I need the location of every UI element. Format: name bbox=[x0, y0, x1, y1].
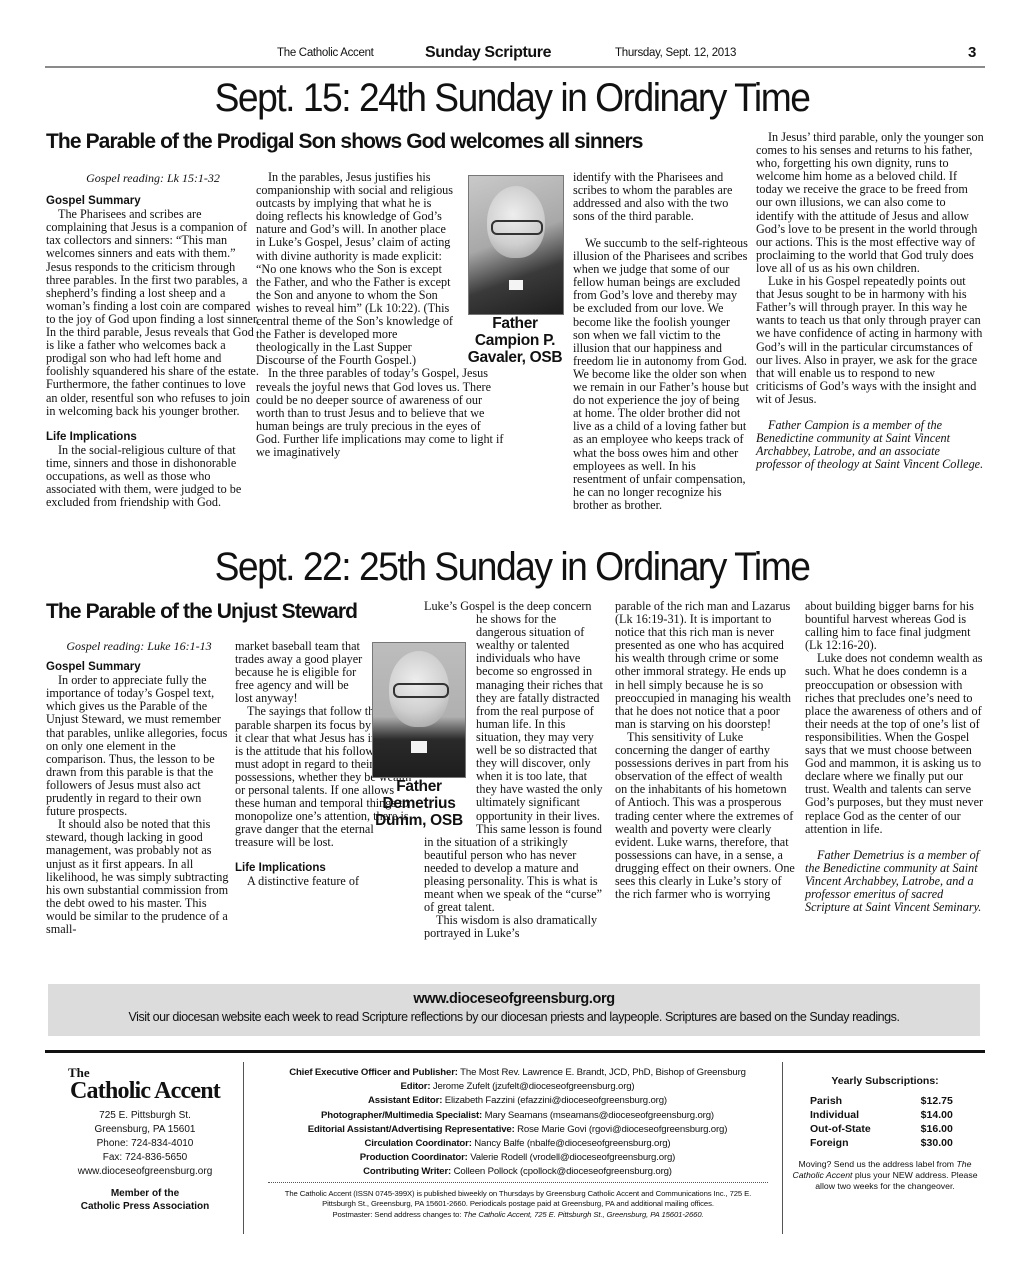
rate-type: Individual bbox=[810, 1108, 871, 1122]
staff-role: Photographer/Multimedia Specialist: bbox=[321, 1110, 482, 1121]
staff-role: Assistant Editor: bbox=[368, 1095, 442, 1106]
story1-col3-p1: identify with the Pharisees and scribes … bbox=[573, 171, 749, 223]
dotted-divider bbox=[268, 1182, 768, 1183]
story1-column-3b: We succumb to the self-righteous illusio… bbox=[492, 237, 750, 512]
press-member-line2: Catholic Press Association bbox=[50, 1200, 240, 1213]
staff-name: Jerome Zufelt (jzufelt@dioceseofgreensbu… bbox=[433, 1081, 635, 1092]
rate-row: Out-of-State$16.00 bbox=[810, 1122, 953, 1136]
staff-role: Editorial Assistant/Advertising Represen… bbox=[308, 1124, 515, 1135]
story1-column-1: Gospel reading: Lk 15:1-32 Gospel Summar… bbox=[46, 172, 260, 509]
story1-col3-p2: We succumb to the self-righteous illusio… bbox=[573, 237, 750, 512]
story1-life-implications-heading: Life Implications bbox=[46, 431, 260, 444]
story2-column-3: Luke’s Gospel is the deep concern he sho… bbox=[424, 600, 604, 940]
publication-name: The Catholic Accent bbox=[277, 47, 374, 59]
story1-column-3: identify with the Pharisees and scribes … bbox=[573, 171, 749, 223]
staff-item: Editor: Jerome Zufelt (jzufelt@dioceseof… bbox=[265, 1080, 770, 1094]
legal-notice: The Catholic Accent (ISSN 0745-399X) is … bbox=[268, 1189, 768, 1220]
website-promo-message: Visit our diocesan website each week to … bbox=[48, 1010, 980, 1024]
moving-notice: Moving? Send us the address label from T… bbox=[790, 1159, 980, 1192]
story1-col2-p2: In the three parables of today’s Gospel,… bbox=[256, 367, 504, 459]
story1-gospel-summary: The Pharisees and scribes are complainin… bbox=[46, 208, 260, 418]
story2-column-5: about building bigger barns for his boun… bbox=[805, 600, 985, 914]
story1-column-4: In Jesus’ third parable, only the younge… bbox=[756, 131, 984, 471]
staff-name: Rose Marie Govi (rgovi@dioceseofgreensbu… bbox=[517, 1124, 727, 1135]
story2-gospel-summary-p2: It should also be noted that this stewar… bbox=[46, 818, 232, 936]
story2-col3-p2: This wisdom is also dramatically portray… bbox=[424, 914, 604, 940]
rate-price: $16.00 bbox=[871, 1122, 953, 1136]
masthead-fax: Fax: 724-836-5650 bbox=[50, 1151, 240, 1165]
staff-item: Production Coordinator: Valerie Rodell (… bbox=[265, 1151, 770, 1165]
legal-line: The Catholic Accent (ISSN 0745-399X) is … bbox=[285, 1189, 751, 1208]
footer-divider-right bbox=[782, 1062, 783, 1234]
staff-item: Photographer/Multimedia Specialist: Mary… bbox=[265, 1109, 770, 1123]
staff-role: Circulation Coordinator: bbox=[365, 1138, 472, 1149]
story2-col5-p1: about building bigger barns for his boun… bbox=[805, 600, 985, 652]
story2-column-1: Gospel reading: Luke 16:1-13 Gospel Summ… bbox=[46, 640, 232, 936]
story1-col2-p1: In the parables, Jesus justifies his com… bbox=[256, 171, 456, 367]
story1-life-implications-p1: In the social-religious culture of that … bbox=[46, 444, 260, 509]
rate-row: Individual$14.00 bbox=[810, 1108, 953, 1122]
story2-author-bio: Father Demetrius is a member of the Bene… bbox=[805, 849, 985, 914]
story1-author-bio: Father Campion is a member of the Benedi… bbox=[756, 419, 984, 471]
rate-row: Foreign$30.00 bbox=[810, 1136, 953, 1150]
story1-col4-p2: Luke in his Gospel repeatedly points out… bbox=[756, 275, 984, 406]
story2-headline: The Parable of the Unjust Steward bbox=[46, 600, 406, 624]
rate-type: Parish bbox=[810, 1094, 871, 1108]
footer-rule bbox=[45, 1050, 985, 1053]
story1-headline: The Parable of the Prodigal Son shows Go… bbox=[46, 130, 746, 154]
issue-date: Thursday, Sept. 12, 2013 bbox=[615, 47, 736, 59]
masthead-address1: 725 E. Pittsburgh St. bbox=[50, 1109, 240, 1123]
rate-price: $14.00 bbox=[871, 1108, 953, 1122]
postmaster-address: The Catholic Accent, 725 E. Pittsburgh S… bbox=[463, 1210, 703, 1219]
rate-type: Out-of-State bbox=[810, 1122, 871, 1136]
running-header: The Catholic Accent Sunday Scripture Thu… bbox=[0, 44, 1024, 64]
story1-date-title: Sept. 15: 24th Sunday in Ordinary Time bbox=[36, 76, 988, 121]
diocese-website-link[interactable]: www.dioceseofgreensburg.org bbox=[48, 991, 980, 1007]
staff-role: Chief Executive Officer and Publisher: bbox=[289, 1067, 458, 1078]
staff-list: Chief Executive Officer and Publisher: T… bbox=[265, 1066, 770, 1180]
staff-name: Colleen Pollock (cpollock@dioceseofgreen… bbox=[454, 1166, 672, 1177]
moving-text: Moving? Send us the address label from bbox=[799, 1159, 955, 1169]
staff-role: Production Coordinator: bbox=[360, 1152, 468, 1163]
subscriptions-title: Yearly Subscriptions: bbox=[790, 1075, 980, 1087]
section-name: Sunday Scripture bbox=[425, 44, 551, 62]
story2-life-implications-heading: Life Implications bbox=[235, 862, 415, 875]
story2-column-4: parable of the rich man and Lazarus (Lk … bbox=[615, 600, 797, 901]
story2-col4-p2: This sensitivity of Luke concerning the … bbox=[615, 731, 797, 901]
masthead: The Catholic Accent 725 E. Pittsburgh St… bbox=[50, 1066, 240, 1213]
story2-col2-p1: market baseball team that trades away a … bbox=[235, 640, 365, 705]
masthead-address2: Greensburg, PA 15601 bbox=[50, 1123, 240, 1137]
staff-name: The Most Rev. Lawrence E. Brandt, JCD, P… bbox=[460, 1067, 746, 1078]
rate-price: $12.75 bbox=[871, 1094, 953, 1108]
staff-name: Valerie Rodell (vrodell@dioceseofgreensb… bbox=[470, 1152, 675, 1163]
staff-role: Contributing Writer: bbox=[363, 1166, 451, 1177]
story1-gospel-reading: Gospel reading: Lk 15:1-32 bbox=[46, 172, 260, 185]
staff-item: Circulation Coordinator: Nancy Balfe (nb… bbox=[265, 1137, 770, 1151]
press-member-line1: Member of the bbox=[50, 1187, 240, 1200]
story2-col3-p1: Luke’s Gospel is the deep concern he sho… bbox=[424, 600, 604, 914]
header-rule bbox=[45, 66, 985, 68]
rate-price: $30.00 bbox=[871, 1136, 953, 1150]
masthead-phone: Phone: 724-834-4010 bbox=[50, 1137, 240, 1151]
story2-col5-p2: Luke does not condemn wealth as such. Wh… bbox=[805, 652, 985, 835]
staff-name: Elizabeth Fazzini (efazzini@dioceseofgre… bbox=[445, 1095, 667, 1106]
story2-gospel-reading: Gospel reading: Luke 16:1-13 bbox=[46, 640, 232, 653]
rate-type: Foreign bbox=[810, 1136, 871, 1150]
story2-life-implications-p1: A distinctive feature of bbox=[235, 875, 415, 888]
staff-item: Chief Executive Officer and Publisher: T… bbox=[265, 1066, 770, 1080]
subscription-rates-table: Parish$12.75 Individual$14.00 Out-of-Sta… bbox=[810, 1094, 953, 1150]
masthead-logo: Catholic Accent bbox=[50, 1079, 240, 1103]
website-promo-band: www.dioceseofgreensburg.org Visit our di… bbox=[48, 984, 980, 1036]
footer-divider-left bbox=[243, 1062, 244, 1234]
staff-name: Nancy Balfe (nbalfe@dioceseofgreensburg.… bbox=[474, 1138, 670, 1149]
postmaster-label: Postmaster: Send address changes to: bbox=[332, 1210, 461, 1219]
staff-item: Contributing Writer: Colleen Pollock (cp… bbox=[265, 1165, 770, 1179]
photo-glasses bbox=[491, 220, 543, 235]
story1-col4-p1: In Jesus’ third parable, only the younge… bbox=[756, 131, 984, 275]
masthead-website[interactable]: www.dioceseofgreensburg.org bbox=[50, 1165, 240, 1179]
staff-item: Assistant Editor: Elizabeth Fazzini (efa… bbox=[265, 1094, 770, 1108]
subscriptions-box: Yearly Subscriptions: Parish$12.75 Indiv… bbox=[790, 1075, 980, 1192]
staff-item: Editorial Assistant/Advertising Represen… bbox=[265, 1123, 770, 1137]
story2-date-title: Sept. 22: 25th Sunday in Ordinary Time bbox=[36, 545, 988, 590]
staff-name: Mary Seamans (mseamans@dioceseofgreensbu… bbox=[485, 1110, 714, 1121]
story2-col4-p1: parable of the rich man and Lazarus (Lk … bbox=[615, 600, 797, 731]
story2-gospel-summary-p1: In order to appreciate fully the importa… bbox=[46, 674, 232, 818]
rate-row: Parish$12.75 bbox=[810, 1094, 953, 1108]
page-number: 3 bbox=[968, 44, 976, 61]
staff-role: Editor: bbox=[401, 1081, 431, 1092]
